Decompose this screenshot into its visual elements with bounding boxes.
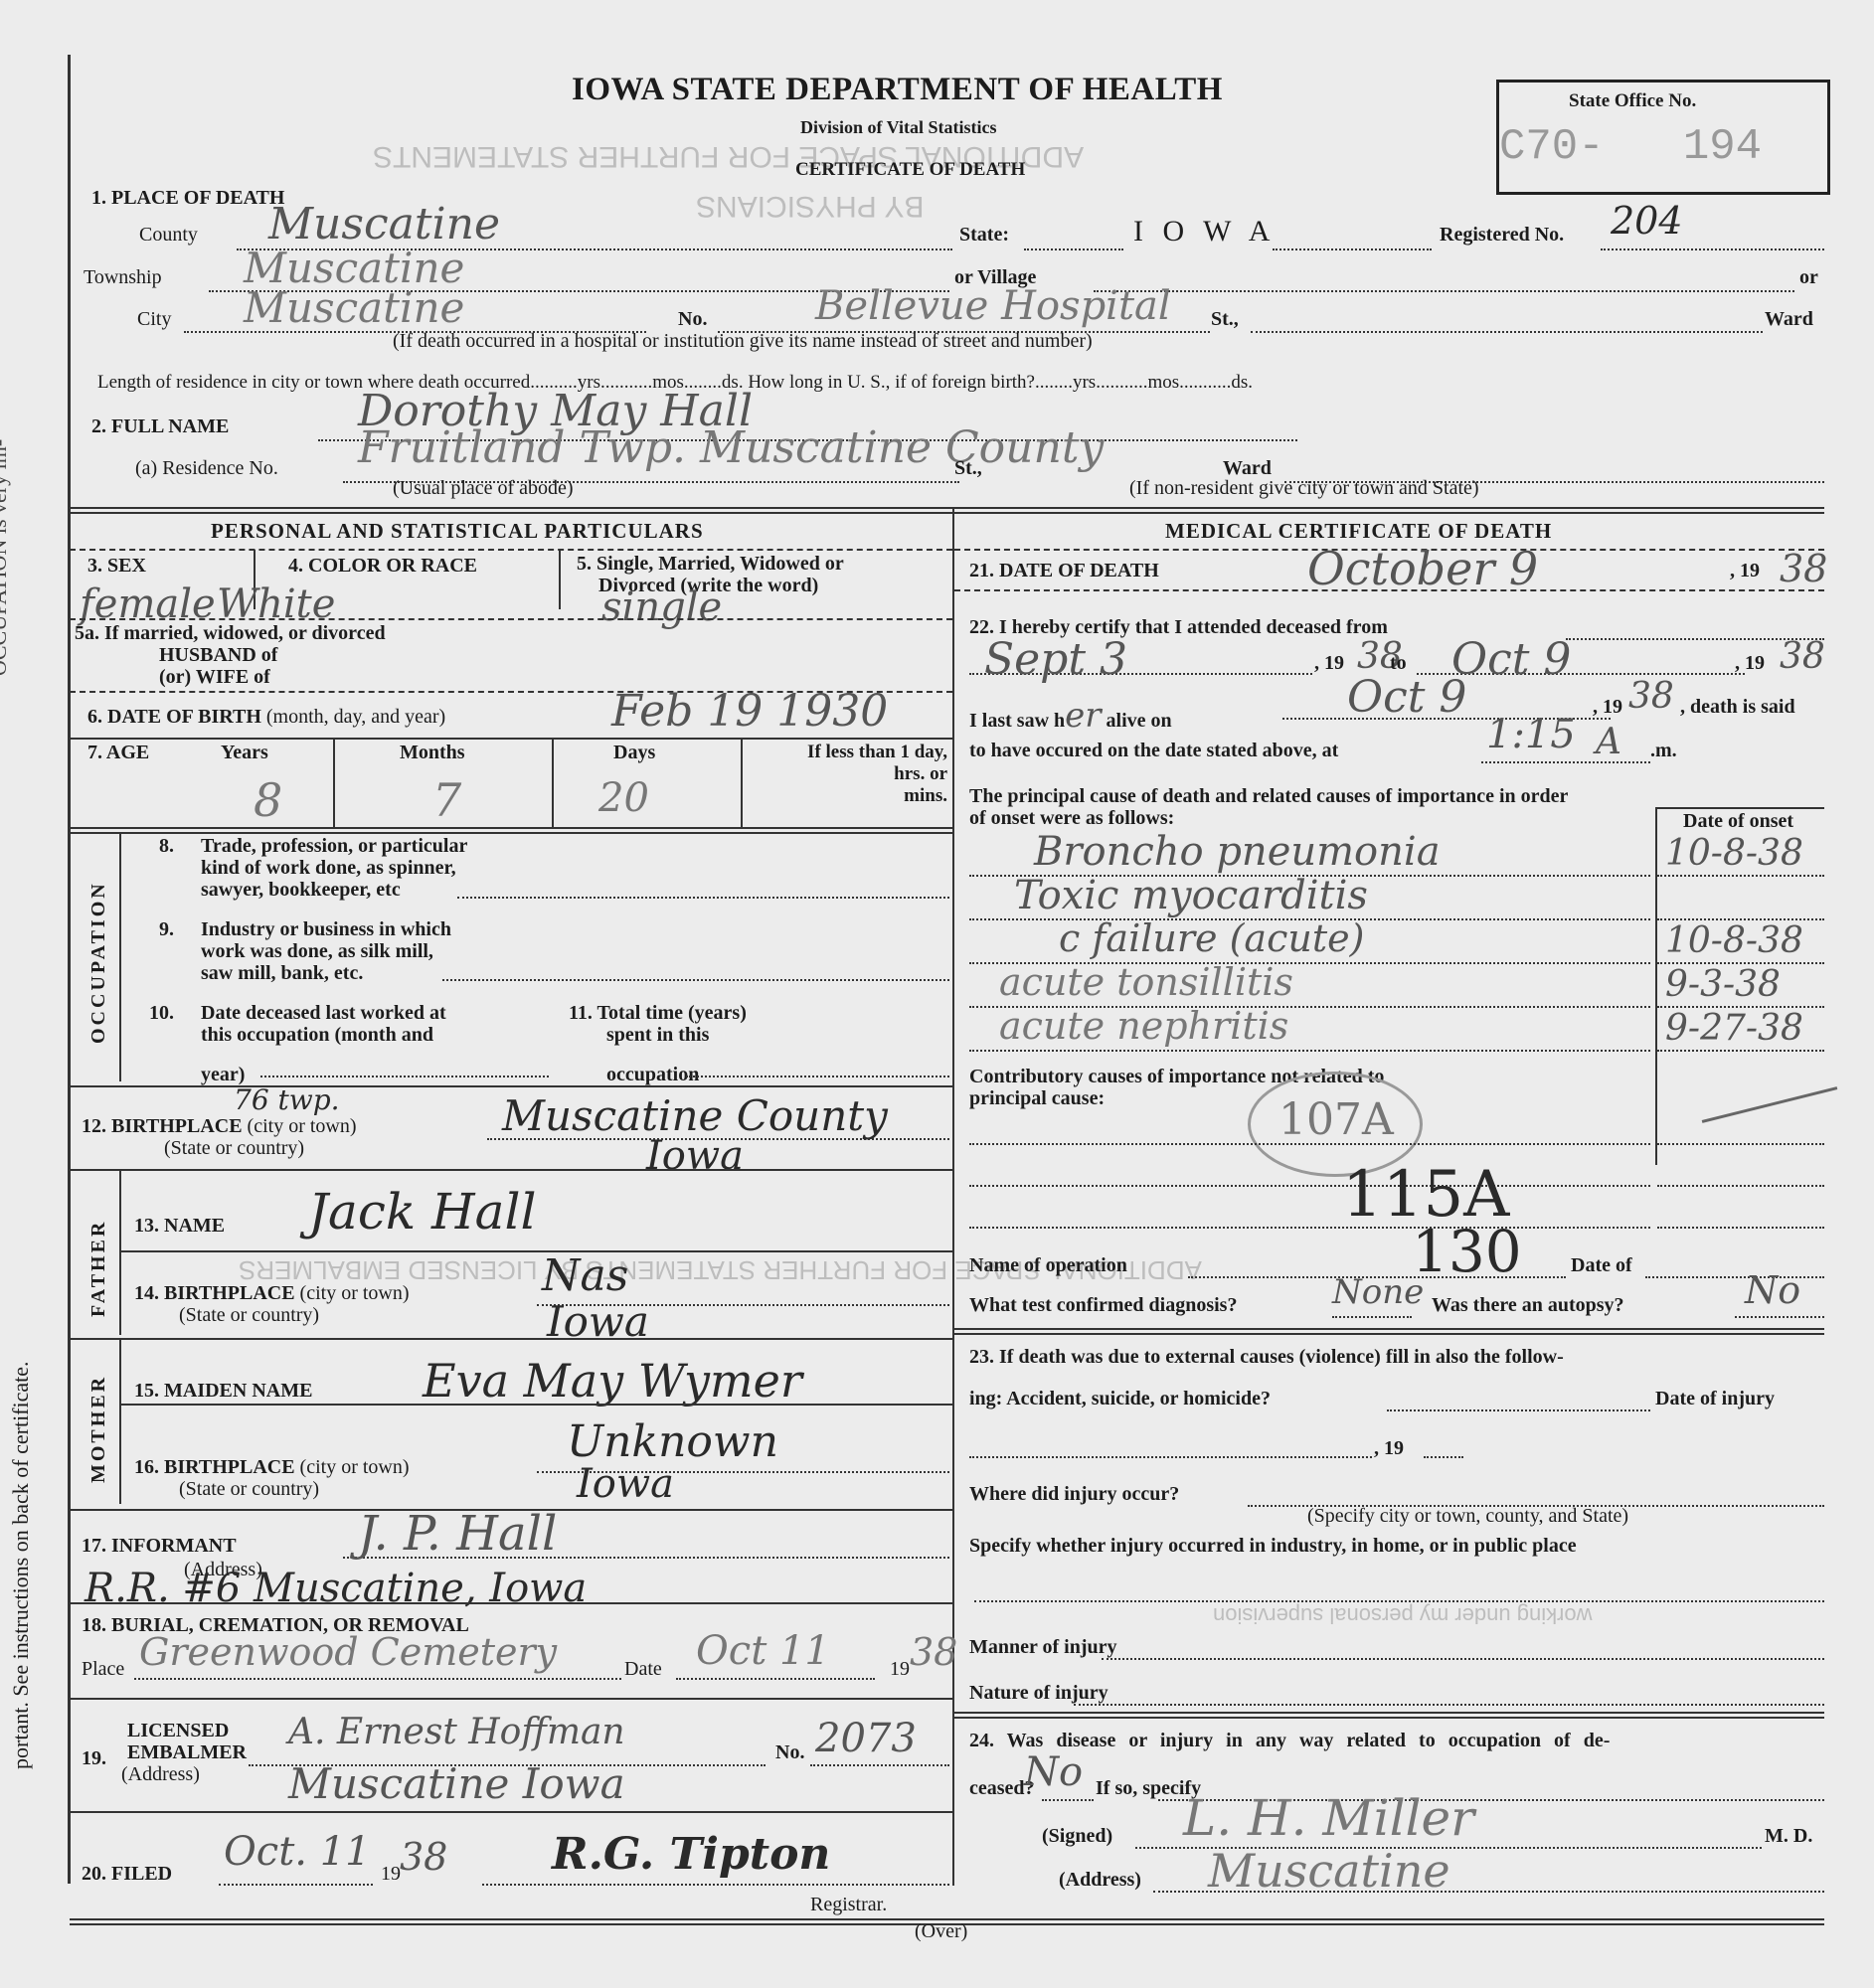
filed-label: 20. FILED: [82, 1863, 172, 1886]
cause-text: Broncho pneumonia: [1034, 829, 1441, 875]
mother-birthplace-hint2: (State or country): [179, 1478, 319, 1501]
less-than-day-label: If less than 1 day, hrs. or mins.: [751, 742, 947, 807]
race-value: White: [217, 581, 335, 627]
signed-label: (Signed): [1042, 1825, 1112, 1848]
days-label: Days: [613, 742, 655, 764]
township-label: Township: [84, 266, 162, 289]
registrar-signature: R.G. Tipton: [552, 1829, 830, 1880]
informant-address-value: R.R. #6 Muscatine, Iowa: [85, 1566, 587, 1611]
hospital-note: (If death occurred in a hospital or inst…: [393, 330, 1093, 353]
no-label: No.: [678, 308, 707, 331]
cause-intro: The principal cause of death and related…: [969, 785, 1568, 829]
sex-value: female: [80, 581, 216, 627]
informant-value: J. P. Hall: [358, 1506, 557, 1562]
residence-label: (a) Residence No.: [135, 457, 278, 480]
attended-to-value: Oct 9: [1451, 634, 1571, 685]
physician-signature: L. H. Miller: [1183, 1789, 1474, 1847]
age-months-value: 7: [432, 773, 461, 827]
left-border: [68, 55, 71, 1884]
months-label: Months: [400, 742, 465, 764]
birthplace-hint2: (State or country): [164, 1137, 304, 1160]
burial-place-label: Place: [82, 1658, 124, 1681]
registered-no-value: 204: [1611, 199, 1683, 243]
residence-st-label: St.,: [954, 457, 982, 480]
q23-label: 23. If death was due to external causes …: [969, 1346, 1564, 1369]
registered-no-label: Registered No.: [1440, 224, 1564, 247]
cause-text: Toxic myocarditis: [1014, 873, 1368, 918]
burial-date-value: Oct 11: [696, 1628, 830, 1674]
q8-trade-label: 8. Trade, profession, or particular kind…: [159, 835, 467, 901]
operation-date-label: Date of: [1571, 1254, 1632, 1277]
age-years-value: 8: [254, 773, 282, 827]
birthplace-annotation: 76 twp.: [234, 1083, 340, 1116]
mother-side-label: MOTHER: [87, 1375, 110, 1483]
residence-value: Fruitland Twp. Muscatine County: [358, 422, 1104, 473]
state-label: State:: [959, 224, 1009, 247]
cause-text: acute tonsillitis: [999, 960, 1293, 1004]
q11-total-time-label: 11. Total time (years) spent in this occ…: [569, 1002, 747, 1085]
hospital-value: Bellevue Hospital: [815, 283, 1171, 329]
onset-header: Date of onset: [1683, 810, 1793, 833]
state-office-label: State Office No.: [1569, 90, 1696, 112]
last-saw-row: I last saw her alive on: [969, 696, 1172, 736]
test-label: What test confirmed diagnosis?: [969, 1294, 1237, 1317]
over-label: (Over): [915, 1920, 967, 1943]
last-saw-pronoun: er: [1065, 696, 1101, 736]
burial-date-label: Date: [624, 1658, 662, 1681]
accident-label: ing: Accident, suicide, or homicide?: [969, 1388, 1271, 1410]
embalmer-address-label: (Address): [121, 1763, 200, 1786]
city-value: Muscatine: [244, 283, 464, 332]
q9-industry-label: 9. Industry or business in which work wa…: [159, 918, 451, 984]
cause-text: acute nephritis: [999, 1004, 1288, 1048]
cause-onset: 10-8-38: [1665, 833, 1803, 874]
specify-place-label: Specify whether injury occurred in indus…: [969, 1535, 1577, 1558]
dod-year-prefix: , 19: [1730, 560, 1760, 582]
physician-address-label: (Address): [1059, 1869, 1141, 1892]
mother-birthplace-state: Iowa: [577, 1461, 674, 1507]
filed-year-prefix: 19: [381, 1863, 401, 1886]
sex-label: 3. SEX: [87, 555, 146, 578]
cause-onset: 10-8-38: [1665, 920, 1803, 961]
cause-onset: 9-3-38: [1665, 964, 1781, 1005]
death-said-label: , death is said: [1680, 696, 1795, 719]
attended-from-year-prefix: , 19: [1314, 652, 1344, 675]
age-days-value: 20: [598, 775, 649, 821]
father-name-value: Jack Hall: [308, 1183, 536, 1241]
test-value: None: [1332, 1272, 1424, 1312]
last-saw-date: Oct 9: [1347, 672, 1466, 723]
occupation-related-value: No: [1024, 1749, 1083, 1795]
autopsy-value: No: [1745, 1268, 1800, 1312]
manner-label: Manner of injury: [969, 1636, 1117, 1659]
q10-last-worked-label: 10. Date deceased last worked at this oc…: [149, 1002, 446, 1085]
informant-label: 17. INFORMANT: [82, 1535, 237, 1558]
embalmer-name-value: A. Ernest Hoffman: [288, 1712, 625, 1752]
autopsy-label: Was there an autopsy?: [1432, 1294, 1624, 1317]
embalmer-label: LICENSED EMBALMER: [127, 1720, 247, 1763]
occupation-side-label: OCCUPATION: [87, 881, 110, 1044]
burial-year-prefix: 19: [890, 1658, 910, 1681]
embalmer-address-value: Muscatine Iowa: [288, 1759, 625, 1808]
state-value: I O W A: [1133, 215, 1276, 248]
cause-row: acute nephritis 9-27-38: [969, 1010, 1824, 1054]
embalmer-no-value: 2073: [815, 1716, 917, 1761]
mother-birthplace-value: Unknown: [567, 1416, 778, 1467]
certificate-subtitle: CERTIFICATE OF DEATH: [795, 159, 1025, 181]
or-label: or: [1799, 266, 1818, 289]
occurred-label: to have occured on the date stated above…: [969, 740, 1338, 762]
birthplace-label: 12. BIRTHPLACE (city or town): [82, 1115, 357, 1138]
causes-list: Broncho pneumonia 10-8-38 Toxic myocardi…: [969, 835, 1824, 1054]
filed-year-value: 38: [400, 1835, 447, 1879]
where-injury-label: Where did injury occur?: [969, 1483, 1179, 1506]
dob-label: 6. DATE OF BIRTH (month, day, and year): [87, 706, 445, 729]
nonresident-note: (If non-resident give city or town and S…: [1129, 477, 1479, 500]
father-birthplace-hint2: (State or country): [179, 1304, 319, 1327]
attended-from-value: Sept 3: [984, 634, 1127, 685]
filed-date-value: Oct. 11: [224, 1829, 371, 1875]
ghost-supervision: working under my personal supervision: [1213, 1602, 1593, 1628]
md-label: M. D.: [1765, 1825, 1812, 1848]
birthplace-state-value: Iowa: [646, 1133, 744, 1179]
medical-heading: MEDICAL CERTIFICATE OF DEATH: [1165, 519, 1552, 544]
m-label: .m.: [1650, 740, 1677, 762]
time-of-death-value: 1:15: [1486, 712, 1576, 757]
state-office-number: C70- 194: [1499, 122, 1762, 172]
full-name-label: 2. FULL NAME: [91, 415, 229, 438]
race-label: 4. COLOR OR RACE: [288, 555, 477, 578]
mother-maiden-value: Eva May Wymer: [423, 1354, 802, 1408]
burial-year-value: 38: [910, 1630, 957, 1674]
embalmer-no-label: No.: [775, 1741, 804, 1764]
years-label: Years: [221, 742, 268, 764]
state-office-box: State Office No. C70- 194: [1496, 80, 1830, 195]
county-value: Muscatine: [268, 199, 500, 249]
margin-note-upper: OCCUPATION is very im-: [0, 439, 12, 1769]
where-injury-hint: (Specify city or town, county, and State…: [1307, 1505, 1628, 1528]
father-name-label: 13. NAME: [134, 1215, 225, 1238]
operation-label: Name of operation: [969, 1254, 1127, 1277]
nature-label: Nature of injury: [969, 1682, 1108, 1705]
street-label: St.,: [1211, 308, 1239, 331]
father-side-label: FATHER: [87, 1220, 110, 1317]
dob-value: Feb 19 1930: [611, 686, 888, 737]
am-pm-value: A: [1596, 722, 1621, 762]
date-of-death-label: 21. DATE OF DEATH: [969, 560, 1159, 582]
father-birthplace-value: Nas: [542, 1250, 628, 1301]
age-label: 7. AGE: [87, 742, 149, 764]
last-saw-year-prefix: , 19: [1593, 696, 1622, 719]
attended-to-year-prefix: , 19: [1735, 652, 1765, 675]
injury-year-prefix: , 19: [1374, 1437, 1404, 1460]
dod-year-value: 38: [1780, 547, 1827, 590]
date-of-death-value: October 9: [1307, 542, 1538, 595]
mother-maiden-label: 15. MAIDEN NAME: [134, 1380, 312, 1403]
marital-value: single: [601, 584, 722, 630]
injury-date-label: Date of injury: [1655, 1388, 1775, 1410]
abode-note: (Usual place of abode): [393, 477, 574, 500]
registrar-label: Registrar.: [810, 1894, 887, 1916]
dash-mark: [1702, 1086, 1838, 1123]
ward-label: Ward: [1765, 308, 1813, 331]
last-saw-year: 38: [1628, 676, 1674, 717]
mother-birthplace-label: 16. BIRTHPLACE (city or town): [134, 1456, 410, 1479]
father-birthplace-label: 14. BIRTHPLACE (city or town): [134, 1282, 410, 1305]
classification-code-2: 130: [1412, 1218, 1522, 1285]
cause-text: c failure (acute): [1059, 916, 1364, 960]
personal-heading: PERSONAL AND STATISTICAL PARTICULARS: [211, 519, 704, 544]
attended-to-year: 38: [1780, 636, 1825, 677]
form-title: IOWA STATE DEPARTMENT OF HEALTH: [572, 72, 1223, 108]
physician-address-value: Muscatine: [1208, 1844, 1450, 1898]
city-label: City: [137, 308, 171, 331]
division-label: Division of Vital Statistics: [800, 117, 997, 138]
burial-place-value: Greenwood Cemetery: [139, 1630, 557, 1674]
county-label: County: [139, 224, 198, 247]
place-of-death-label: 1. PLACE OF DEATH: [91, 187, 284, 210]
embalmer-num: 19.: [82, 1747, 106, 1770]
cause-onset: 9-27-38: [1665, 1008, 1803, 1049]
ghost-reverse-physicians: BY PHYSICIANS: [696, 189, 925, 223]
spouse-label: 5a. If married, widowed, or divorced HUS…: [75, 622, 386, 688]
